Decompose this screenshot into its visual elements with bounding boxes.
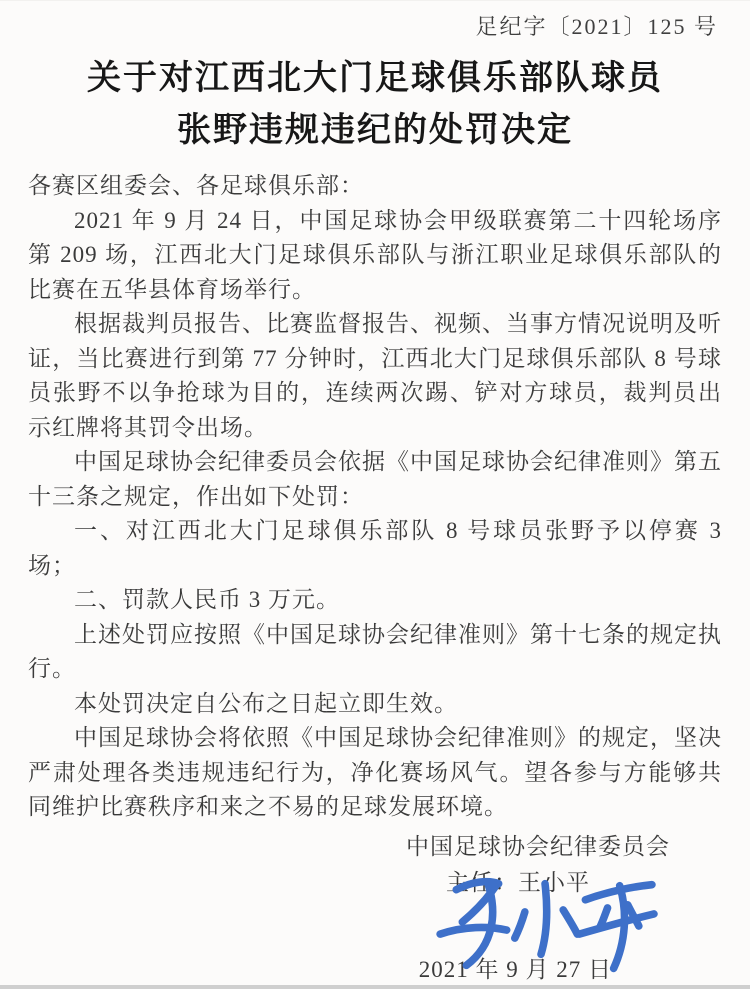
paragraph-list: 2021 年 9 月 24 日，中国足球协会甲级联赛第二十四轮场序第 209 场… (28, 204, 722, 825)
salutation: 各赛区组委会、各足球俱乐部： (28, 169, 722, 204)
document-body: 各赛区组委会、各足球俱乐部： 2021 年 9 月 24 日，中国足球协会甲级联… (0, 157, 750, 825)
signoff-director: 主任：王小平 (0, 865, 750, 901)
document-title-line1: 关于对江西北大门足球俱乐部队球员 (87, 60, 663, 97)
document-title-line2: 张野违规违纪的处罚决定 (177, 112, 573, 149)
signature-block: 中国足球协会纪律委员会 主任：王小平 2021 年 9 月 2 (0, 829, 750, 987)
body-paragraph: 本处罚决定自公布之日起立即生效。 (28, 687, 722, 722)
document-page: 足纪字〔2021〕125 号 关于对江西北大门足球俱乐部队球员 张野违规违纪的处… (0, 0, 750, 989)
body-paragraph: 中国足球协会将依照《中国足球协会纪律准则》的规定，坚决严肃处理各类违规违纪行为，… (28, 721, 722, 825)
body-paragraph: 根据裁判员报告、比赛监督报告、视频、当事方情况说明及听证，当比赛进行到第 77 … (28, 307, 722, 445)
body-paragraph: 二、罚款人民币 3 万元。 (28, 583, 722, 618)
body-paragraph: 上述处罚应按照《中国足球协会纪律准则》第十七条的规定执行。 (28, 618, 722, 687)
signoff-date: 2021 年 9 月 27 日 (0, 953, 750, 987)
document-title: 关于对江西北大门足球俱乐部队球员 张野违规违纪的处罚决定 (0, 53, 750, 157)
body-paragraph: 2021 年 9 月 24 日，中国足球协会甲级联赛第二十四轮场序第 209 场… (28, 204, 722, 308)
document-number: 足纪字〔2021〕125 号 (0, 0, 750, 41)
body-paragraph: 中国足球协会纪律委员会依据《中国足球协会纪律准则》第五十三条之规定，作出如下处罚… (28, 445, 722, 514)
body-paragraph: 一、对江西北大门足球俱乐部队 8 号球员张野予以停赛 3 场； (28, 514, 722, 583)
signoff-organization: 中国足球协会纪律委员会 (0, 829, 750, 865)
